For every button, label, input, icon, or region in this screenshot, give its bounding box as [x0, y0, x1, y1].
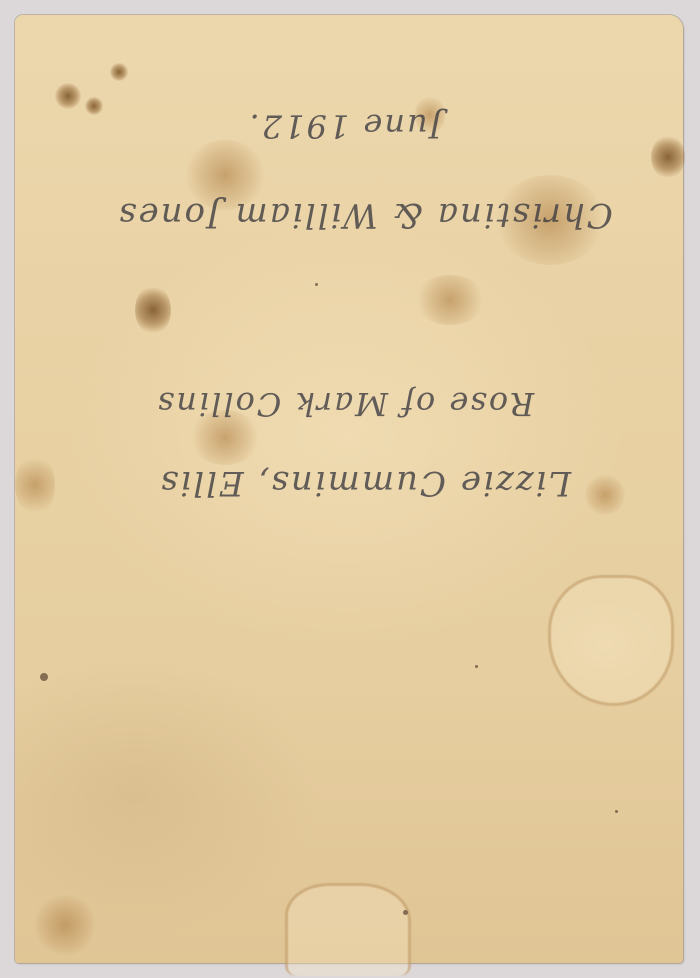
water-ring-stain — [285, 883, 411, 976]
inscription-names: Christina & William Jones — [75, 195, 655, 235]
speck — [615, 810, 618, 813]
speck — [403, 910, 408, 915]
stain — [55, 83, 81, 109]
speck — [315, 283, 318, 286]
stain — [415, 275, 485, 325]
inscription-line-3: Rose of Mark Collins — [85, 385, 605, 423]
stain — [110, 63, 128, 81]
stain — [135, 285, 171, 335]
inscription-line-4: Lizzie Cummins, Ellis — [65, 463, 665, 503]
inscription-date: June 1912. — [135, 107, 555, 145]
stain — [85, 97, 103, 115]
paper-card: June 1912. Christina & William Jones Ros… — [15, 15, 683, 963]
stain — [35, 895, 95, 955]
speck — [475, 665, 478, 668]
water-ring-stain — [548, 575, 674, 706]
speck — [40, 673, 48, 681]
stain — [651, 135, 685, 179]
stain — [15, 455, 55, 515]
